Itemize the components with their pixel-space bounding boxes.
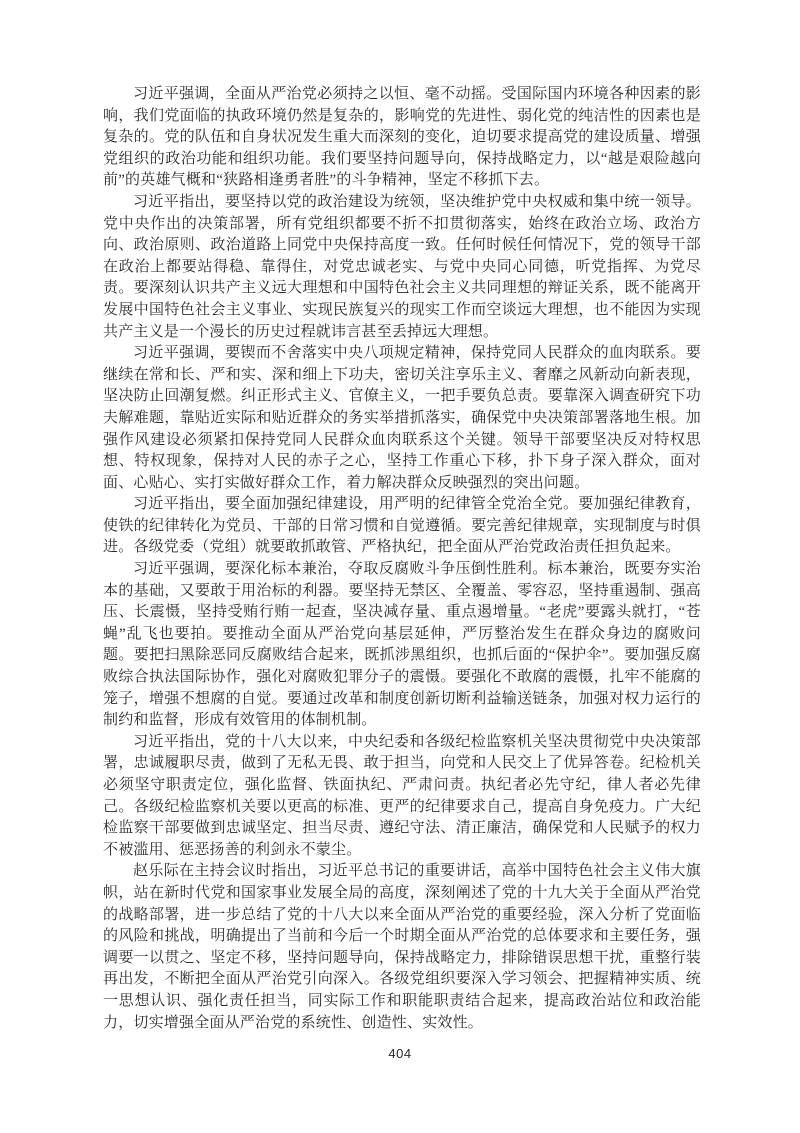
paragraph: 习近平强调，要锲而不舍落实中央八项规定精神，保持党同人民群众的血肉联系。要继续在…	[103, 343, 701, 494]
paragraph: 习近平指出，要坚持以党的政治建设为统领，坚决维护党中央权威和集中统一领导。党中央…	[103, 192, 701, 343]
document-page: 习近平强调，全面从严治党必须持之以恒、毫不动摇。受国际国内环境各种因素的影响，我…	[0, 0, 800, 1133]
paragraph: 赵乐际在主持会议时指出，习近平总书记的重要讲话，高举中国特色社会主义伟大旗帜，站…	[103, 861, 701, 1034]
document-body: 习近平强调，全面从严治党必须持之以恒、毫不动摇。受国际国内环境各种因素的影响，我…	[103, 84, 701, 1034]
paragraph: 习近平强调，全面从严治党必须持之以恒、毫不动摇。受国际国内环境各种因素的影响，我…	[103, 84, 701, 192]
paragraph: 习近平强调，要深化标本兼治，夺取反腐败斗争压倒性胜利。标本兼治，既要夯实治本的基…	[103, 559, 701, 732]
page-number: 404	[0, 1046, 800, 1061]
paragraph: 习近平指出，党的十八大以来，中央纪委和各级纪检监察机关坚决贯彻党中央决策部署，忠…	[103, 732, 701, 862]
paragraph: 习近平指出，要全面加强纪律建设，用严明的纪律管全党治全党。要加强纪律教育，使铁的…	[103, 494, 701, 559]
